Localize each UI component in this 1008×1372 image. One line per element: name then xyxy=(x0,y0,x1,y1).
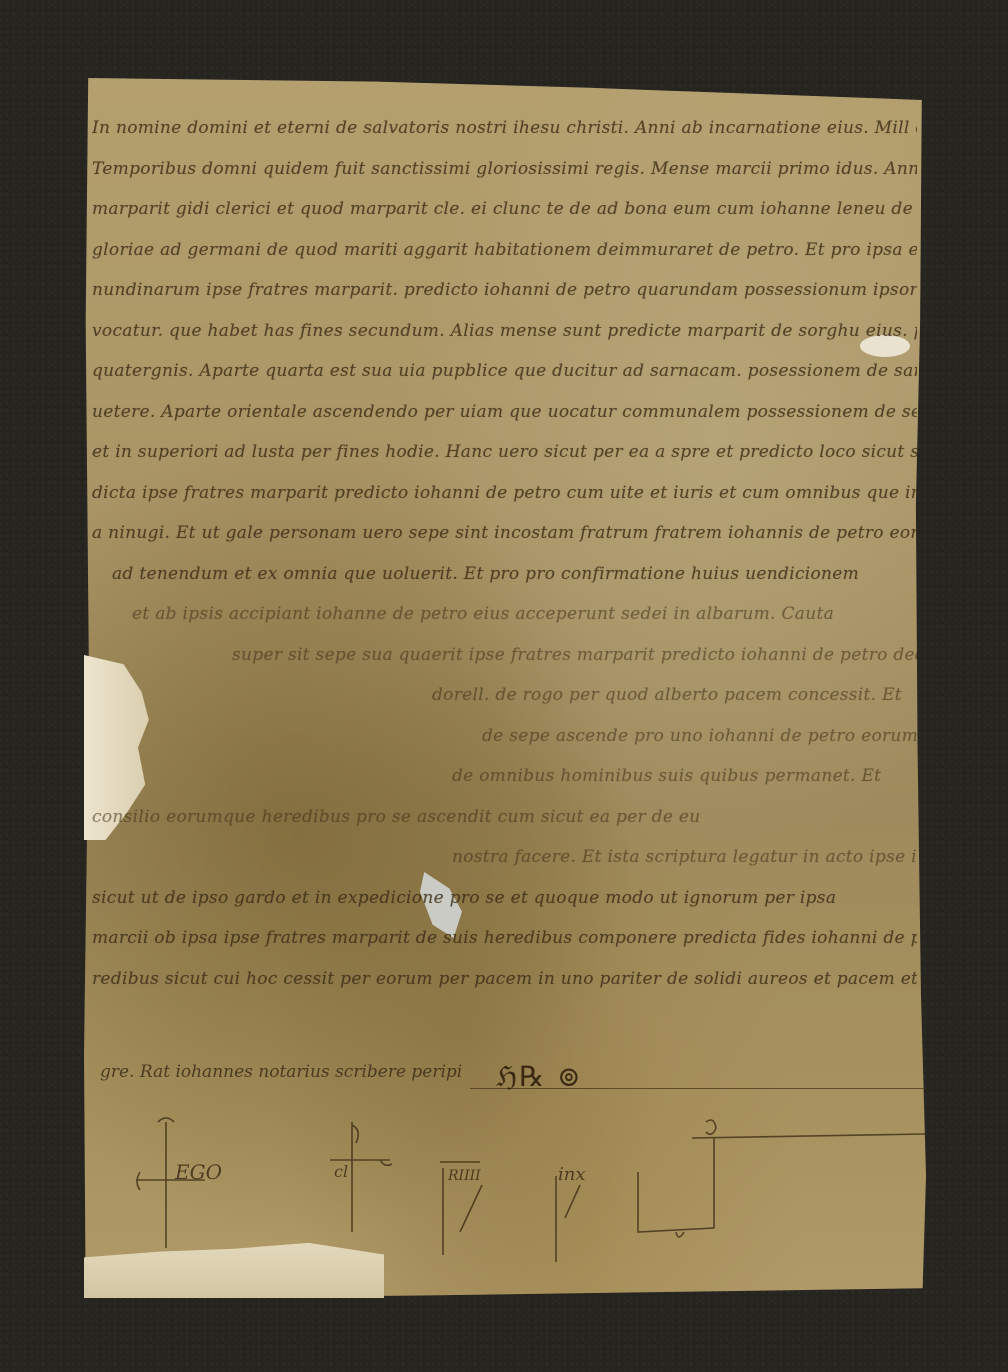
text-line: dicta ipse fratres marparit predicto ioh… xyxy=(92,473,917,514)
text-line: redibus sicut cui hoc cessit per eorum p… xyxy=(92,959,917,1000)
text-line: de omnibus hominibus suis quibus permane… xyxy=(92,756,917,797)
signum-label: cl xyxy=(334,1162,348,1181)
chrismon-icon: ℌ℞ xyxy=(496,1060,546,1093)
text-line: super sit sepe sua quaerit ipse fratres … xyxy=(92,635,917,676)
text-line: de sepe ascende pro uno iohanni de petro… xyxy=(92,716,917,757)
text-line: nundinarum ipse fratres marparit. predic… xyxy=(92,270,917,311)
text-line: uetere. Aparte orientale ascendendo per … xyxy=(92,392,917,433)
text-line: dorell. de rogo per quod alberto pacem c… xyxy=(92,675,917,716)
chrismon-tail-icon: ⊚ xyxy=(557,1060,582,1093)
text-line: consilio eorumque heredibus pro se ascen… xyxy=(92,797,917,838)
text-line: In nomine domini et eterni de salvatoris… xyxy=(92,108,917,149)
text-line: et in superiori ad lusta per fines hodie… xyxy=(92,432,917,473)
chrismon-monogram: ℌ℞ ⊚ xyxy=(496,1060,583,1093)
text-line: et ab ipsis accipiant iohanne de petro e… xyxy=(92,594,917,635)
text-line: Temporibus domni quidem fuit sanctissimi… xyxy=(92,149,917,190)
charter-text: In nomine domini et eterni de salvatoris… xyxy=(92,108,917,999)
text-line: a ninugi. Et ut gale personam uero sepe … xyxy=(92,513,917,554)
text-line: nostra facere. Et ista scriptura legatur… xyxy=(92,837,917,878)
signum-label: EGO xyxy=(175,1160,222,1184)
text-line: gloriae ad germani de quod mariti aggari… xyxy=(92,230,917,271)
signum-label: RIIII xyxy=(448,1168,481,1184)
signum-label: inx xyxy=(558,1164,586,1185)
text-line: sicut ut de ipso gardo et in expedicione… xyxy=(92,878,917,919)
text-line: marcii ob ipsa ipse fratres marparit de … xyxy=(92,918,917,959)
text-line: marparit gidi clerici et quod marparit c… xyxy=(92,189,917,230)
text-line: vocatur. que habet has fines secundum. A… xyxy=(92,311,917,352)
text-line: quatergnis. Aparte quarta est sua uia pu… xyxy=(92,351,917,392)
text-line: ad tenendum et ex omnia que uoluerit. Et… xyxy=(92,554,917,595)
